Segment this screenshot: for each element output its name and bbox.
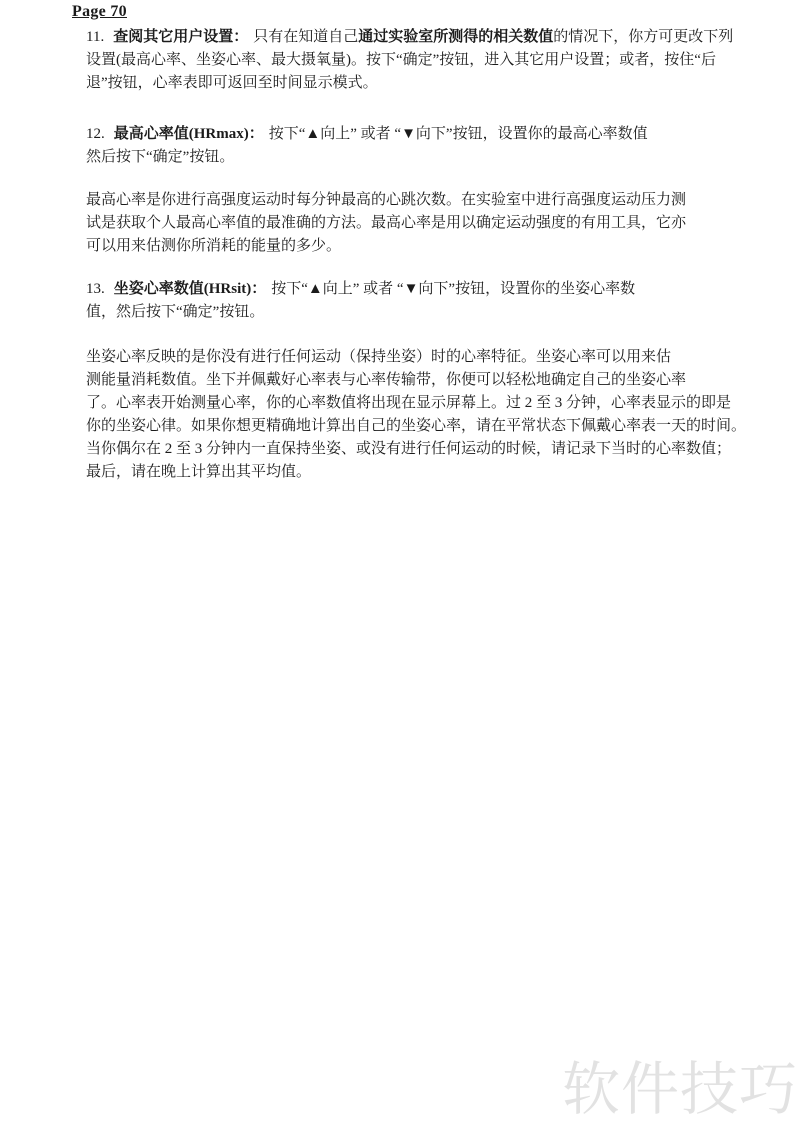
item-label: 最高心率值(HRmax)： <box>114 126 264 142</box>
instruction-item-11: 11.查阅其它用户设置：只有在知道自己通过实验室所测得的相关数值的情况下，你方可… <box>86 26 800 95</box>
instruction-item-13: 13.坐姿心率数值(HRsit)：按下“▲向上” 或者 “▼向下”按钮，设置你的… <box>86 278 800 324</box>
item-bold-text: 通过实验室所测得的相关数值 <box>358 29 553 45</box>
item-text: 只有在知道自己 <box>253 29 358 45</box>
page-title: Page 70 <box>72 3 127 21</box>
item-label: 坐姿心率数值(HRsit)： <box>114 281 267 297</box>
watermark: 软件技巧 <box>562 1042 798 1126</box>
item-label: 查阅其它用户设置： <box>113 29 248 45</box>
hrmax-info-paragraph: 最高心率是你进行高强度运动时每分钟最高的心跳次数。在实验室中进行高强度运动压力测… <box>86 189 800 258</box>
item-number: 12. <box>86 126 105 142</box>
document-page: Page 70 11.查阅其它用户设置：只有在知道自己通过实验室所测得的相关数值… <box>0 0 800 1132</box>
paragraph-text: 坐姿心率反映的是你没有进行任何运动（保持坐姿）时的心率特征。坐姿心率可以用来估 … <box>86 349 746 480</box>
hrsit-info-paragraph: 坐姿心率反映的是你没有进行任何运动（保持坐姿）时的心率特征。坐姿心率可以用来估 … <box>86 346 800 484</box>
instruction-item-12: 12.最高心率值(HRmax)：按下“▲向上” 或者 “▼向下”按钮，设置你的最… <box>86 123 800 169</box>
item-number: 13. <box>86 281 105 297</box>
page-body: 11.查阅其它用户设置：只有在知道自己通过实验室所测得的相关数值的情况下，你方可… <box>86 26 800 484</box>
paragraph-text: 最高心率是你进行高强度运动时每分钟最高的心跳次数。在实验室中进行高强度运动压力测… <box>86 192 686 254</box>
item-number: 11. <box>86 29 104 45</box>
